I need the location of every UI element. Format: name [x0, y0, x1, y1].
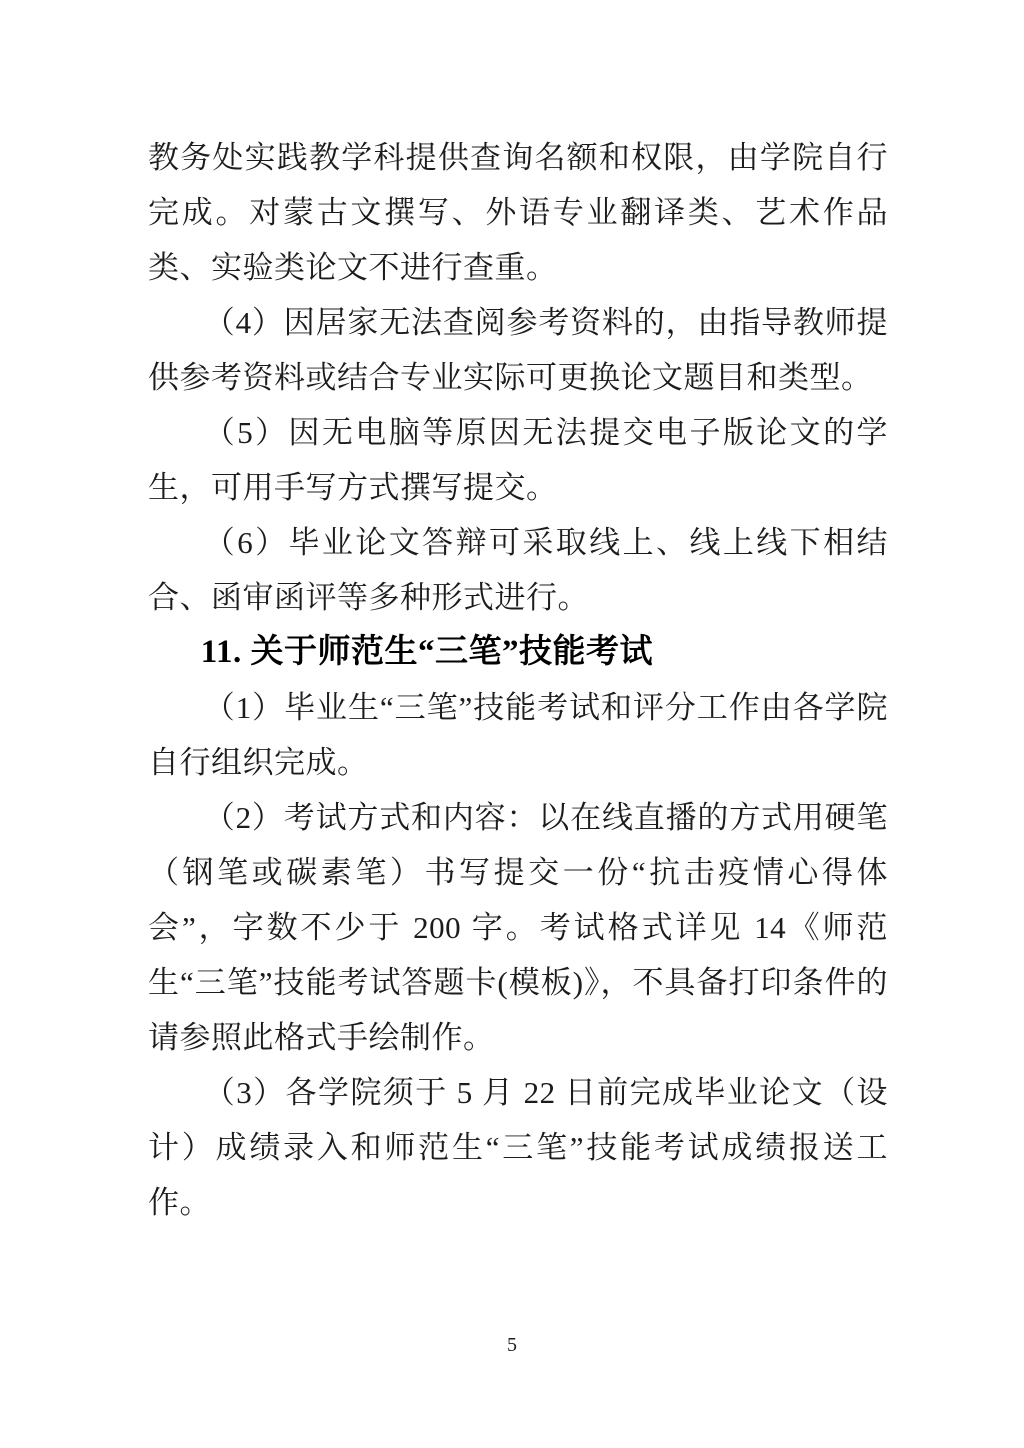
document-page: 教务处实践教学科提供查询名额和权限，由学院自行完成。对蒙古文撰写、外语专业翻译类… [0, 0, 1024, 1448]
paragraph: （4）因居家无法查阅参考资料的，由指导教师提供参考资料或结合专业实际可更换论文题… [148, 295, 888, 405]
paragraph: （2）考试方式和内容：以在线直播的方式用硬笔（钢笔或碳素笔）书写提交一份“抗击疫… [148, 790, 888, 1065]
paragraph: 教务处实践教学科提供查询名额和权限，由学院自行完成。对蒙古文撰写、外语专业翻译类… [148, 130, 888, 295]
paragraph: （1）毕业生“三笔”技能考试和评分工作由各学院自行组织完成。 [148, 680, 888, 790]
page-body: 教务处实践教学科提供查询名额和权限，由学院自行完成。对蒙古文撰写、外语专业翻译类… [148, 130, 888, 1230]
paragraph: （3）各学院须于 5 月 22 日前完成毕业论文（设计）成绩录入和师范生“三笔”… [148, 1065, 888, 1230]
paragraph: （5）因无电脑等原因无法提交电子版论文的学生，可用手写方式撰写提交。 [148, 405, 888, 515]
paragraph: （6）毕业论文答辩可采取线上、线上线下相结合、函审函评等多种形式进行。 [148, 515, 888, 625]
page-number: 5 [0, 1332, 1024, 1358]
section-heading: 11. 关于师范生“三笔”技能考试 [148, 625, 888, 680]
